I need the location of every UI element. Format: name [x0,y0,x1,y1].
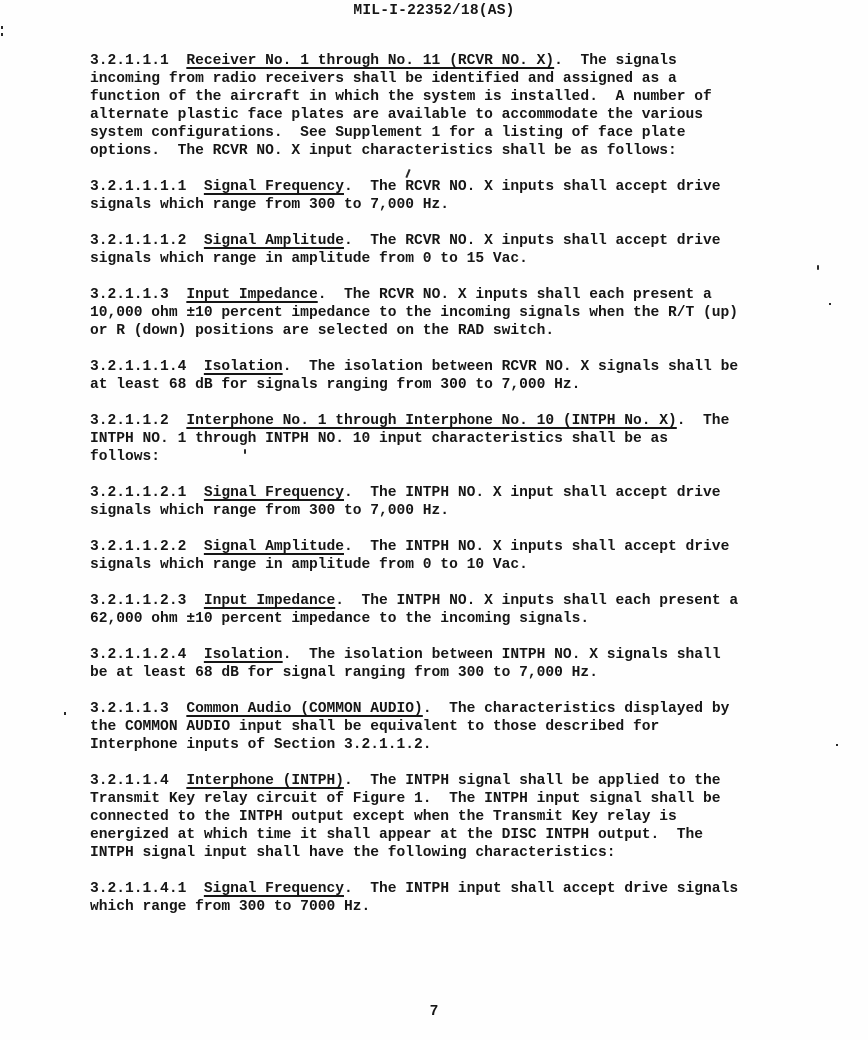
document-body: 3.2.1.1.1 Receiver No. 1 through No. 11 … [90,52,830,934]
section-paragraph: 3.2.1.1.2.3 Input Impedance. The INTPH N… [90,592,830,628]
section-number: 3.2.1.1.2 [90,413,186,429]
section-paragraph: 3.2.1.1.4 Interphone (INTPH). The INTPH … [90,772,830,862]
document-page: MIL-I-22352/18(AS) 3.2.1.1.1 Receiver No… [0,0,868,1040]
section-paragraph: 3.2.1.1.3 Common Audio (COMMON AUDIO). T… [90,700,830,754]
scan-artifact [817,265,819,270]
section-title: Input Impedance [186,287,317,303]
section-number: 3.2.1.1.4 [90,773,186,789]
scan-artifact [64,712,66,715]
section-title: Signal Amplitude [204,539,344,555]
section-number: 3.2.1.1.2.3 [90,593,204,609]
section-paragraph: 3.2.1.1.1.2 Signal Amplitude. The RCVR N… [90,232,830,268]
section-number: 3.2.1.1.3 [90,701,186,717]
section-title: Isolation [204,359,283,375]
scan-artifact [244,449,246,454]
scan-artifact [829,303,831,305]
document-id-header: MIL-I-22352/18(AS) [0,3,868,19]
section-number: 3.2.1.1.1.2 [90,233,204,249]
section-number: 3.2.1.1.3 [90,287,186,303]
section-paragraph: 3.2.1.1.2 Interphone No. 1 through Inter… [90,412,830,466]
section-paragraph: 3.2.1.1.4.1 Signal Frequency. The INTPH … [90,880,830,916]
section-number: 3.2.1.1.4.1 [90,881,204,897]
section-title: Isolation [204,647,283,663]
section-title: Signal Frequency [204,485,344,501]
section-number: 3.2.1.1.2.2 [90,539,204,555]
section-title: Receiver No. 1 through No. 11 (RCVR NO. … [186,53,554,69]
section-title: Signal Frequency [204,881,344,897]
section-title: Interphone (INTPH) [186,773,344,789]
section-paragraph: 3.2.1.1.2.4 Isolation. The isolation bet… [90,646,830,682]
section-paragraph: 3.2.1.1.3 Input Impedance. The RCVR NO. … [90,286,830,340]
scan-artifact [1,26,3,29]
section-paragraph: 3.2.1.1.2.2 Signal Amplitude. The INTPH … [90,538,830,574]
section-number: 3.2.1.1.1.1 [90,179,204,195]
section-paragraph: 3.2.1.1.1 Receiver No. 1 through No. 11 … [90,52,830,160]
section-paragraph: 3.2.1.1.1.4 Isolation. The isolation bet… [90,358,830,394]
section-title: Interphone No. 1 through Interphone No. … [186,413,676,429]
page-number: 7 [0,1004,868,1020]
section-number: 3.2.1.1.1 [90,53,186,69]
section-title: Signal Amplitude [204,233,344,249]
section-number: 3.2.1.1.2.4 [90,647,204,663]
section-paragraph: 3.2.1.1.2.1 Signal Frequency. The INTPH … [90,484,830,520]
section-title: Common Audio (COMMON AUDIO) [186,701,422,717]
section-paragraph: 3.2.1.1.1.1 Signal Frequency. The RCVR N… [90,178,830,214]
section-number: 3.2.1.1.2.1 [90,485,204,501]
scan-artifact [836,744,838,746]
section-number: 3.2.1.1.1.4 [90,359,204,375]
section-title: Signal Frequency [204,179,344,195]
section-title: Input Impedance [204,593,335,609]
